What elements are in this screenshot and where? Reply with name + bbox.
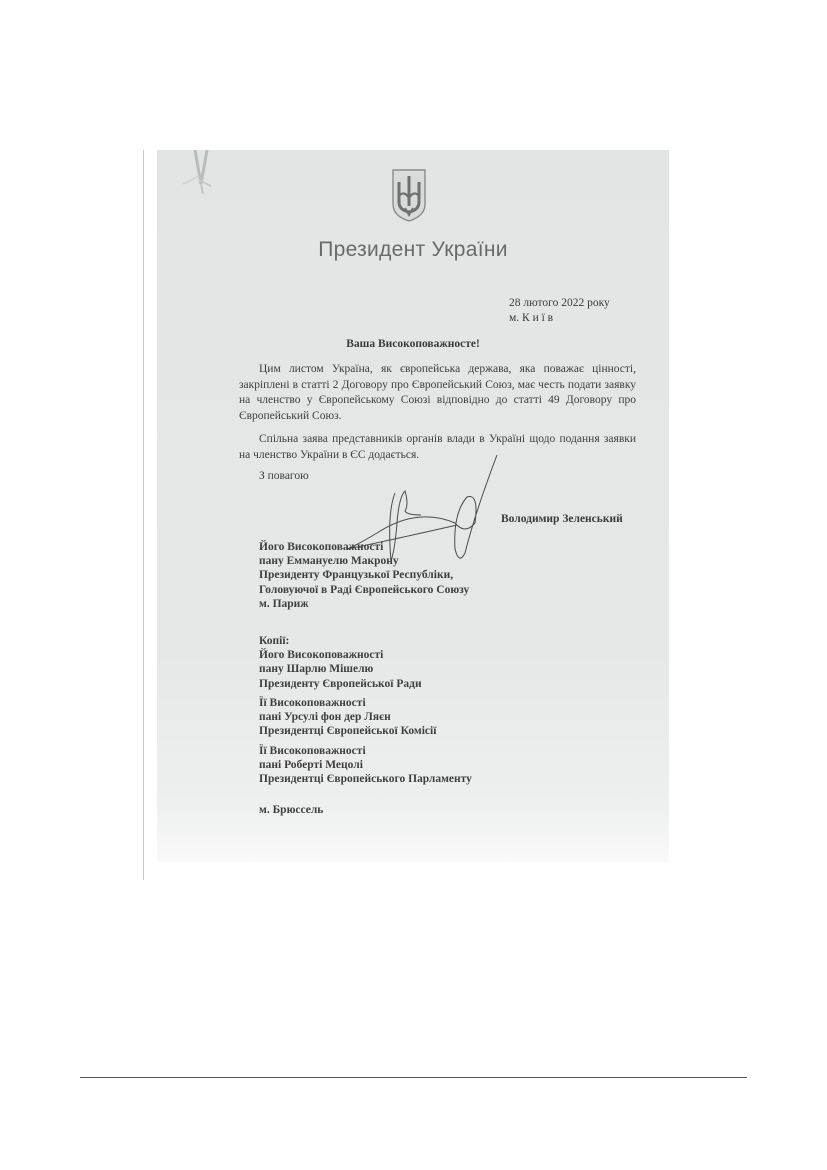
recipient-line: Головуючої в Раді Європейського Союзу [259,583,469,597]
recipient-line: Президентці Європейської Комісії [259,724,436,738]
recipient-line: Президенту Французької Республіки, [259,568,469,582]
copies-city: м. Брюссель [259,804,323,816]
recipient-line: Президентці Європейського Парламенту [259,772,472,786]
date-place-block: 28 лютого 2022 року м. К и ї в [509,296,610,326]
recipient-line: пані Роберті Мецолі [259,758,472,772]
letterhead-title: Президент України [157,238,669,262]
footer-divider [80,1077,747,1078]
scanned-letter: Президент України 28 лютого 2022 року м.… [157,150,669,862]
recipient-line: м. Париж [259,597,469,611]
recipient-line: Її Високоповажності [259,744,472,758]
letter-date: 28 лютого 2022 року [509,296,610,311]
letter-place: м. К и ї в [509,311,610,326]
salutation: Ваша Високоповажносте! [157,338,669,350]
scanned-page-edge [143,150,144,880]
recipient-block: Його Високоповажності пану Еммануелю Мак… [259,540,469,611]
paper-clip-mark-icon [181,150,221,196]
closing: З повагою [259,470,309,482]
copy-recipient-block: Її Високоповажності пані Роберті Мецолі … [259,744,472,787]
signer-name: Володимир Зеленський [501,513,623,525]
recipient-line: Його Високоповажності [259,540,469,554]
copies-label: Копії: [259,634,422,648]
recipient-line: пані Урсулі фон дер Ляєн [259,710,436,724]
body-paragraph: Цим листом Україна, як європейська держа… [239,362,636,424]
recipient-line: Президенту Європейської Ради [259,677,422,691]
recipient-line: Її Високоповажності [259,696,436,710]
recipient-line: Його Високоповажності [259,648,422,662]
recipient-line: пану Шарлю Мішелю [259,662,422,676]
copy-recipient-block: Її Високоповажності пані Урсулі фон дер … [259,696,436,739]
copy-recipient-block: Копії: Його Високоповажності пану Шарлю … [259,634,422,691]
recipient-line: пану Еммануелю Макрону [259,554,469,568]
coat-of-arms-icon [391,168,427,222]
